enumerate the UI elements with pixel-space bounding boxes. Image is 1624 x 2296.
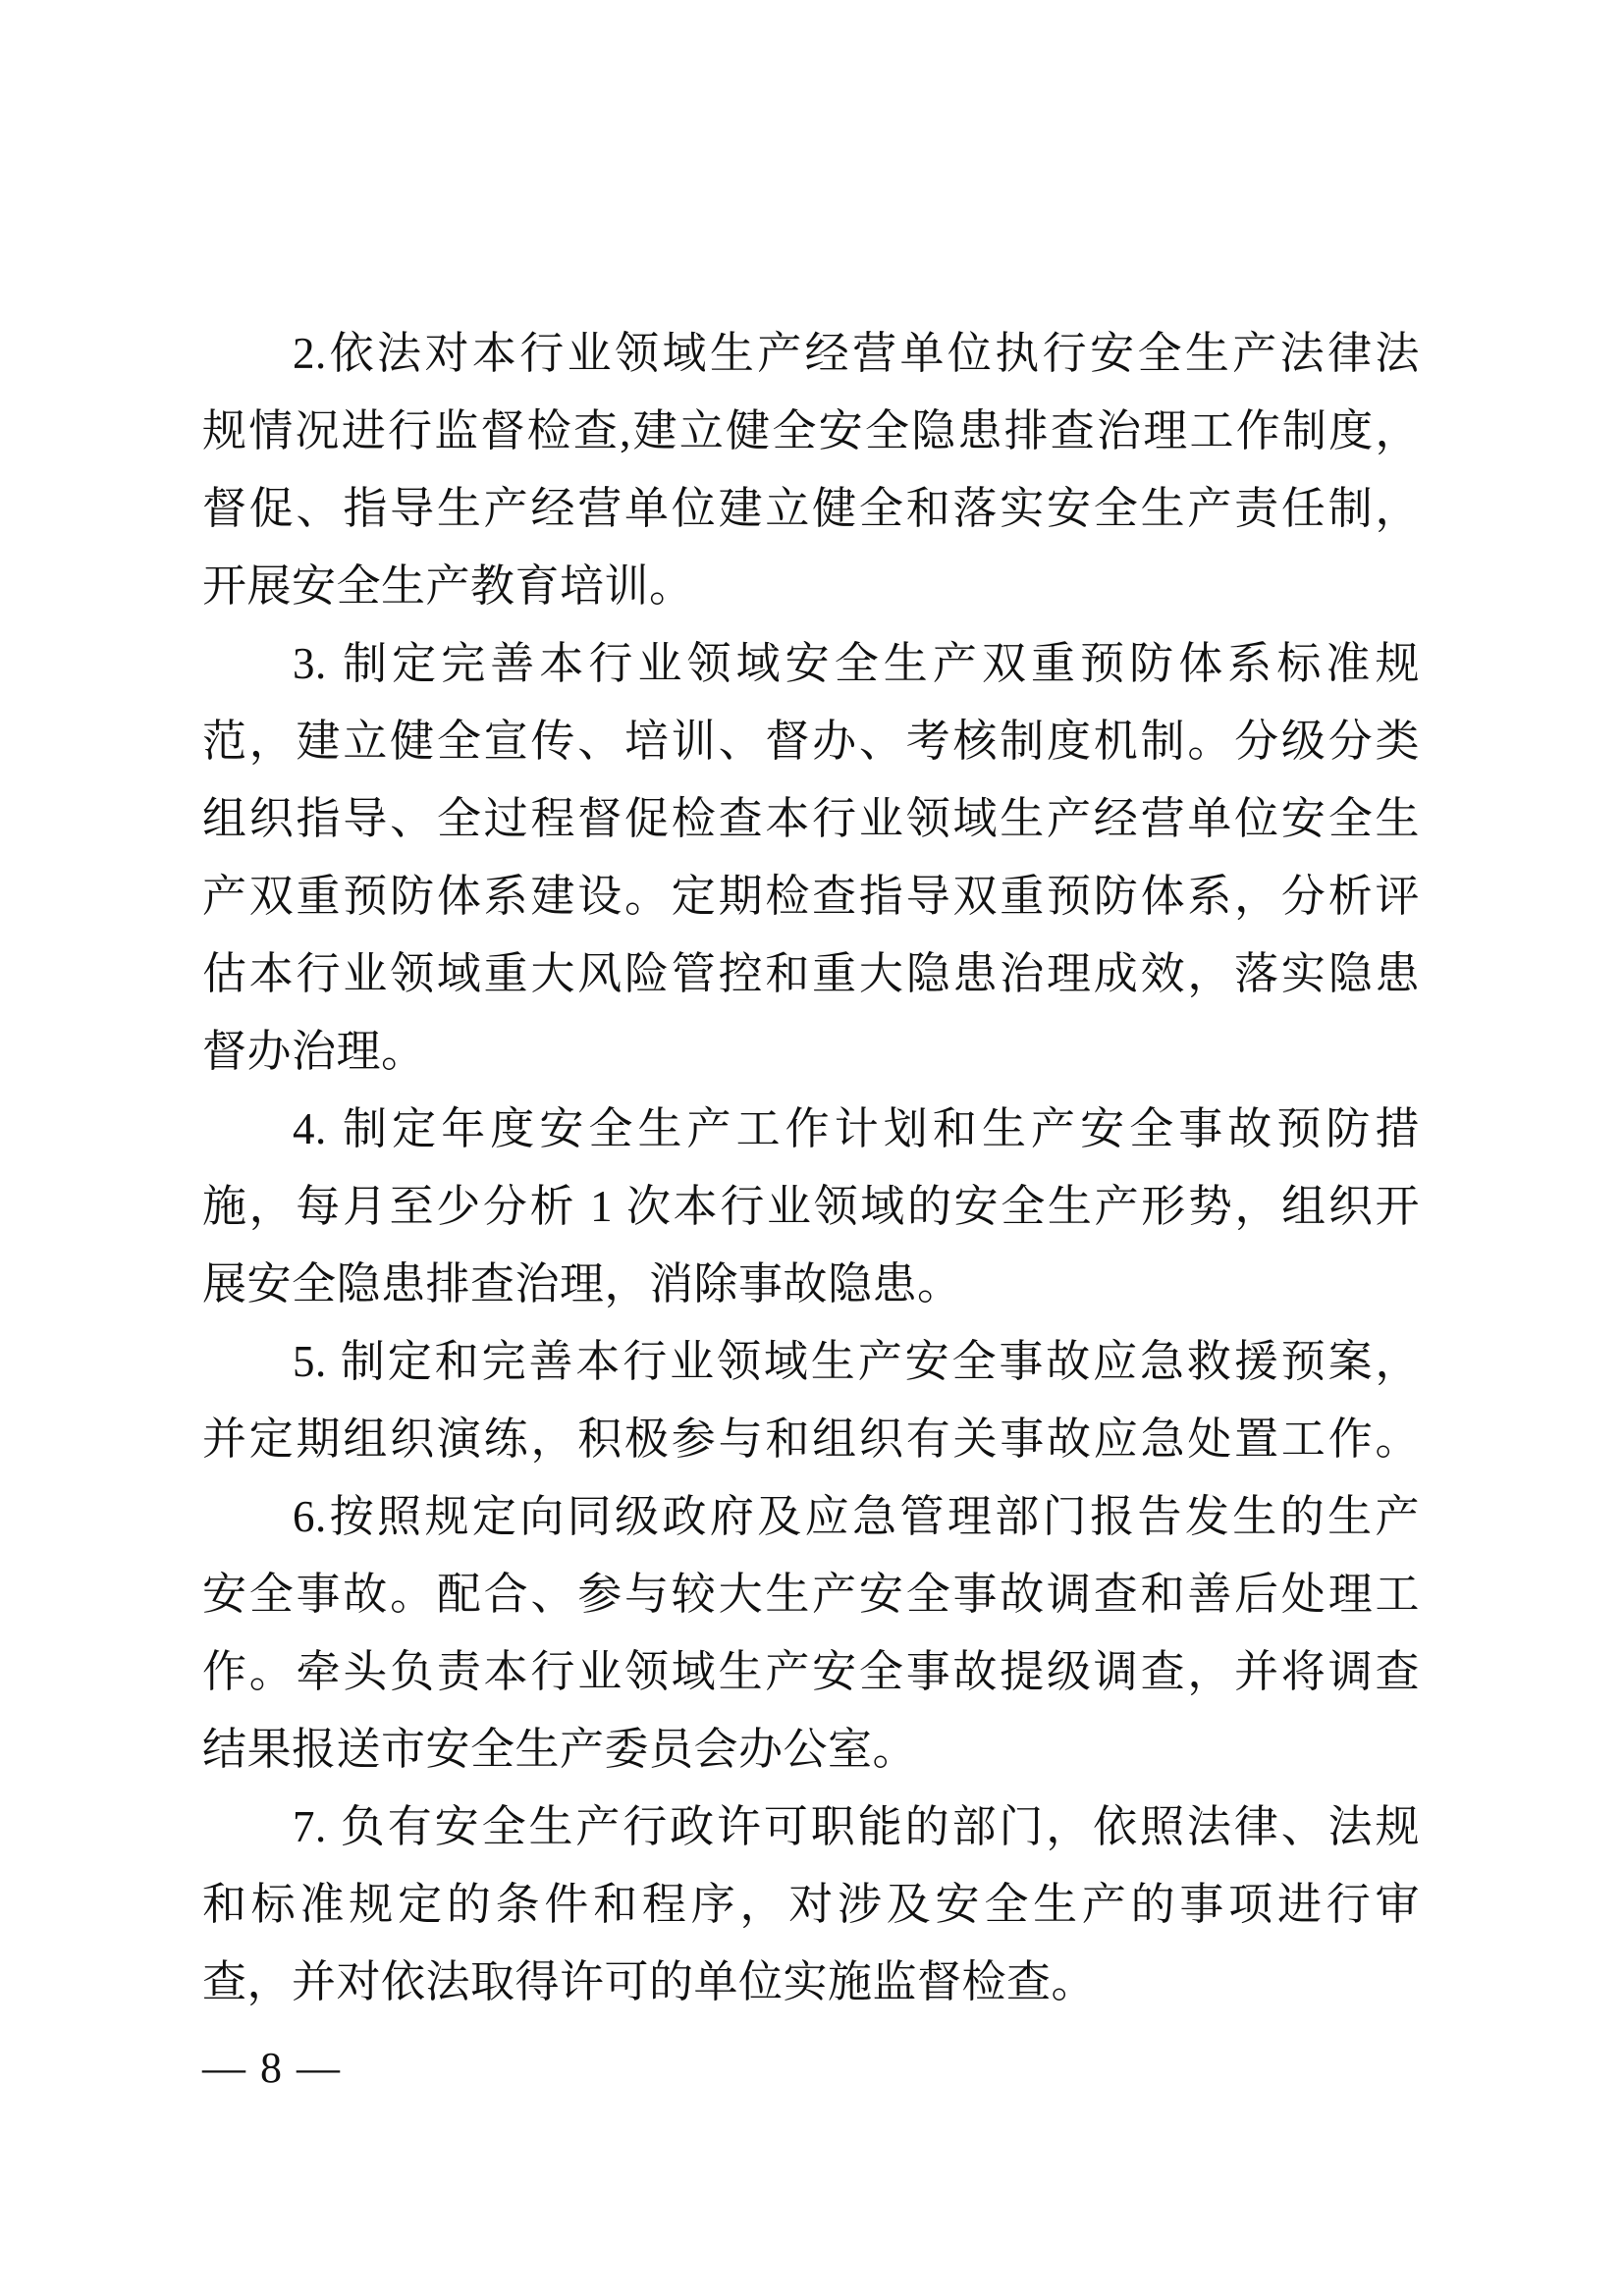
paragraph-item-7: 7. 负有安全生产行政许可职能的部门，依照法律、法规 和标准规定的条件和程序，对… bbox=[202, 1789, 1420, 2021]
paragraph-item-5: 5. 制定和完善本行业领域生产安全事故应急救援预案， 并定期组织演练，积极参与和… bbox=[202, 1323, 1420, 1478]
text-line: 并定期组织演练，积极参与和组织有关事故应急处置工作。 bbox=[202, 1401, 1420, 1478]
text-line: 安全事故。配合、参与较大生产安全事故调查和善后处理工 bbox=[202, 1556, 1420, 1633]
text-line: 2.依法对本行业领域生产经营单位执行安全生产法律法 bbox=[202, 315, 1420, 393]
text-line: 3. 制定完善本行业领域安全生产双重预防体系标准规 bbox=[202, 625, 1420, 703]
text-line: 估本行业领域重大风险管控和重大隐患治理成效，落实隐患 bbox=[202, 935, 1420, 1013]
document-text-block: 2.依法对本行业领域生产经营单位执行安全生产法律法 规情况进行监督检查,建立健全… bbox=[202, 315, 1420, 2021]
text-line: 督办治理。 bbox=[202, 1013, 1420, 1091]
text-line: 4. 制定年度安全生产工作计划和生产安全事故预防措 bbox=[202, 1091, 1420, 1168]
paragraph-item-2: 2.依法对本行业领域生产经营单位执行安全生产法律法 规情况进行监督检查,建立健全… bbox=[202, 315, 1420, 625]
text-line: 督促、指导生产经营单位建立健全和落实安全生产责任制， bbox=[202, 470, 1420, 548]
text-line: 作。牵头负责本行业领域生产安全事故提级调查，并将调查 bbox=[202, 1633, 1420, 1711]
text-line: 7. 负有安全生产行政许可职能的部门，依照法律、法规 bbox=[202, 1789, 1420, 1866]
text-line: 展安全隐患排查治理，消除事故隐患。 bbox=[202, 1246, 1420, 1323]
text-line: 结果报送市安全生产委员会办公室。 bbox=[202, 1711, 1420, 1789]
text-line: 5. 制定和完善本行业领域生产安全事故应急救援预案， bbox=[202, 1323, 1420, 1401]
paragraph-item-4: 4. 制定年度安全生产工作计划和生产安全事故预防措 施，每月至少分析 1 次本行… bbox=[202, 1091, 1420, 1323]
text-line: 规情况进行监督检查,建立健全安全隐患排查治理工作制度， bbox=[202, 393, 1420, 470]
text-line: 开展安全生产教育培训。 bbox=[202, 548, 1420, 625]
paragraph-item-6: 6.按照规定向同级政府及应急管理部门报告发生的生产 安全事故。配合、参与较大生产… bbox=[202, 1478, 1420, 1789]
text-line: 产双重预防体系建设。定期检查指导双重预防体系，分析评 bbox=[202, 858, 1420, 935]
text-line: 和标准规定的条件和程序，对涉及安全生产的事项进行审 bbox=[202, 1866, 1420, 1944]
paragraph-item-3: 3. 制定完善本行业领域安全生产双重预防体系标准规 范，建立健全宣传、培训、督办… bbox=[202, 625, 1420, 1091]
page-number: — 8 — bbox=[202, 2044, 342, 2093]
text-line: 6.按照规定向同级政府及应急管理部门报告发生的生产 bbox=[202, 1478, 1420, 1556]
text-line: 组织指导、全过程督促检查本行业领域生产经营单位安全生 bbox=[202, 780, 1420, 858]
text-line: 查，并对依法取得许可的单位实施监督检查。 bbox=[202, 1944, 1420, 2021]
text-line: 范，建立健全宣传、培训、督办、考核制度机制。分级分类 bbox=[202, 703, 1420, 780]
text-line: 施，每月至少分析 1 次本行业领域的安全生产形势，组织开 bbox=[202, 1168, 1420, 1246]
